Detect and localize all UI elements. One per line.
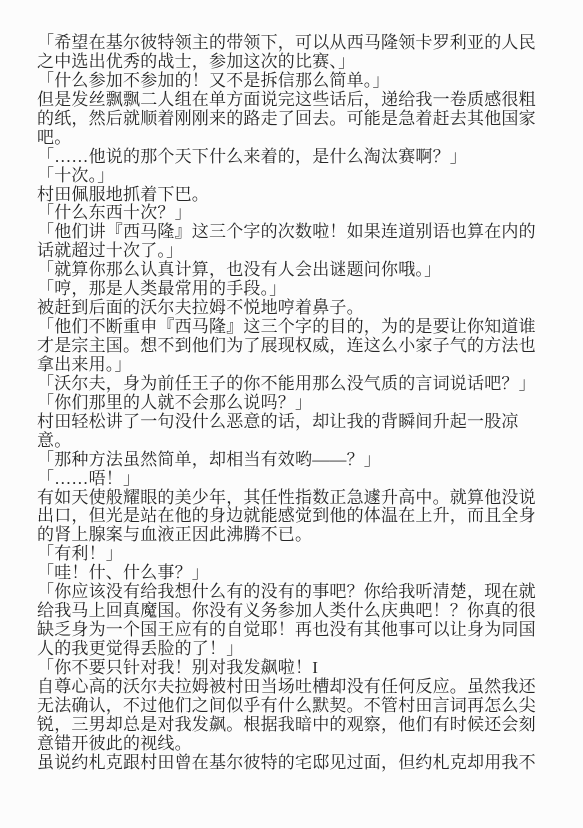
text-line: 「哼，那是人类最常用的手段。」 (37, 280, 553, 299)
text-line: 才是宗主国。想不到他们为了展现权威，连这么小家子气的方法也 (37, 337, 553, 356)
text-line: 有如天使般耀眼的美少年，其任性指数正急遽升高中。就算他没说 (37, 489, 553, 508)
text-line: 「沃尔夫，身为前任王子的你不能用那么没气质的言词说话吧？」 (37, 375, 553, 394)
scanned-page: 「希望在基尔彼特领主的带领下，可以从西马隆领卡罗利亚的人民之中选出优秀的战士，参… (0, 0, 583, 828)
text-line: 「有利！」 (37, 545, 553, 564)
text-line: 之中选出优秀的战士，参加这次的比赛、」 (37, 53, 553, 72)
text-line: 「哇！什、什么事？」 (37, 564, 553, 583)
text-line: 「……他说的那个天下什么来着的，是什么淘汰赛啊？」 (37, 148, 553, 167)
text-line: 「他们不断重申『西马隆』这三个字的目的，为的是要让你知道谁 (37, 318, 553, 337)
text-line: 「那种方法虽然简单，却相当有效哟——？」 (37, 451, 553, 470)
text-line: 无法确认，不过他们之间似乎有什么默契。不管村田言词再怎么尖 (37, 697, 553, 716)
text-line: 「就算你那么认真计算，也没有人会出谜题问你哦。」 (37, 261, 553, 280)
text-line: 的肾上腺案与血液正因此沸腾不已。 (37, 526, 553, 545)
text-line: 的纸，然后就顺着刚刚来的路走了回去。可能是急着赶去其他国家 (37, 110, 553, 129)
text-line: 给我马上回真魔国。你没有义务参加人类什么庆典吧！？你真的很 (37, 602, 553, 621)
text-line: 吧。 (37, 129, 553, 148)
text-line: 被赶到后面的沃尔夫拉姆不悦地哼着鼻子。 (37, 299, 553, 318)
text-line: 自尊心高的沃尔夫拉姆被村田当场吐槽却没有任何反应。虽然我还 (37, 678, 553, 697)
text-line: 「什么参加不参加的！又不是拆信那么简单。」 (37, 72, 553, 91)
text-line: 锐，三男却总是对我发飙。根据我暗中的观察，他们有时候还会刻 (37, 716, 553, 735)
text-line: 「……唔！」 (37, 470, 553, 489)
text-line: 人的我更觉得丢脸的了！」 (37, 640, 553, 659)
text-line: 但是发丝飘飘二人组在单方面说完这些话后，递给我一卷质感很粗 (37, 91, 553, 110)
text-line: 虽说约札克跟村田曾在基尔彼特的宅邸见过面，但约札克却用我不 (37, 754, 553, 773)
text-line: 出口，但光是站在他的身边就能感觉到他的体温在上升，而且全身 (37, 507, 553, 526)
text-line: 意。 (37, 432, 553, 451)
text-line: 「希望在基尔彼特领主的带领下，可以从西马隆领卡罗利亚的人民 (37, 34, 553, 53)
text-line: 意错开彼此的视线。 (37, 735, 553, 754)
text-line: 「什么东西十次？」 (37, 204, 553, 223)
text-line: 「你应该没有给我想什么有的没有的事吧？你给我听清楚，现在就 (37, 583, 553, 602)
text-line: 「你们那里的人就不会那么说吗？」 (37, 394, 553, 413)
text-line: 村田轻松讲了一句没什么恶意的话，却让我的背瞬间升起一股凉 (37, 413, 553, 432)
text-line: 村田佩服地抓着下巴。 (37, 186, 553, 205)
text-line: 拿出来用。」 (37, 356, 553, 375)
text-line: 「十次。」 (37, 167, 553, 186)
novel-body-text: 「希望在基尔彼特领主的带领下，可以从西马隆领卡罗利亚的人民之中选出优秀的战士，参… (37, 34, 553, 773)
text-line: 「你不要只针对我！别对我发飙啦！I (37, 659, 553, 678)
text-line: 缺乏身为一个国王应有的自觉耶！再也没有其他事可以让身为同国 (37, 621, 553, 640)
text-line: 「他们讲『西马隆』这三个字的次数啦！如果连道别语也算在内的 (37, 223, 553, 242)
text-line: 话就超过十次了。」 (37, 242, 553, 261)
